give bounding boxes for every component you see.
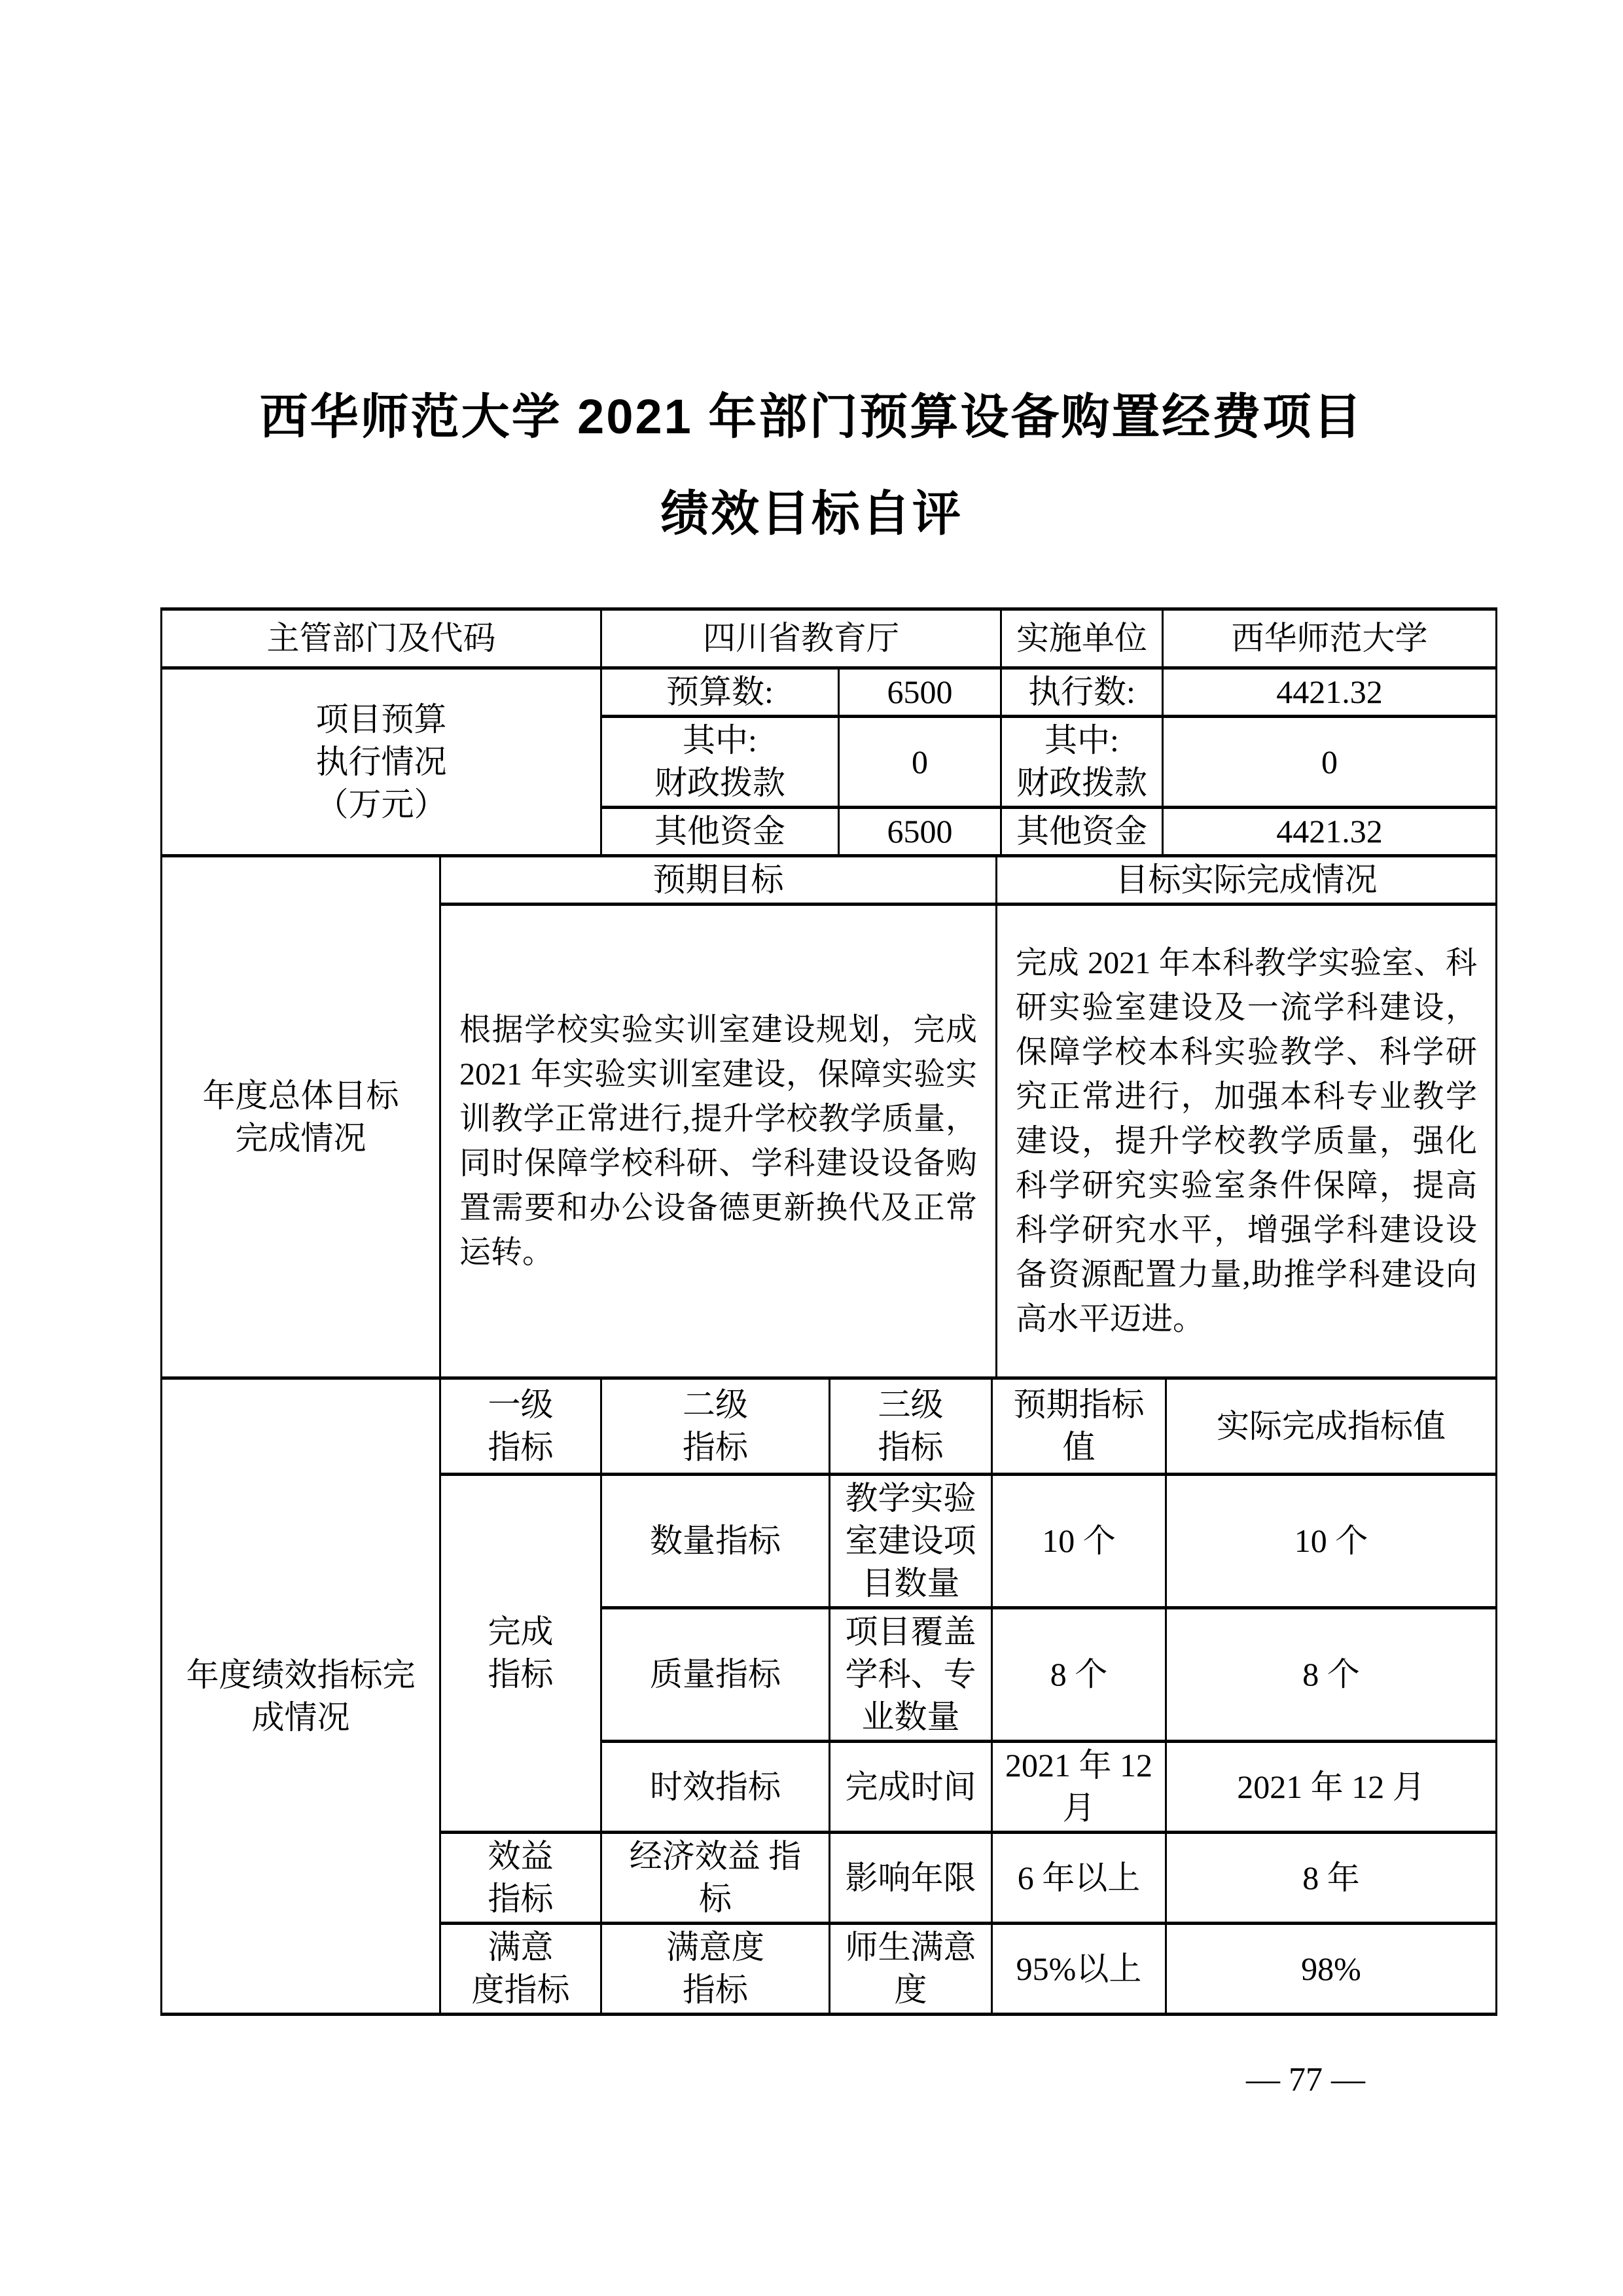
actual-value-cell: 8 个	[1166, 1608, 1497, 1742]
impl-unit-label-cell: 实施单位	[1001, 609, 1163, 668]
impl-unit-value-cell: 西华师范大学	[1163, 609, 1497, 668]
page-number: — 77 —	[1204, 2060, 1407, 2100]
expected-goal-header-cell: 预期目标	[440, 856, 997, 905]
goal-section-label-cell: 年度总体目标 完成情况	[162, 856, 440, 1378]
budget-section-label-cell: 项目预算 执行情况 （万元）	[162, 668, 601, 856]
indicator-section-label-cell: 年度绩效指标完 成情况	[162, 1378, 440, 2015]
expected-value-cell: 6 年以上	[992, 1833, 1166, 1924]
actual-value-cell: 2021 年 12 月	[1166, 1742, 1497, 1833]
level2-indicator-cell: 经济效益 指 标	[601, 1833, 830, 1924]
level1-indicator-cell: 满意 度指标	[440, 1924, 601, 2015]
level3-header-cell: 三级 指标	[830, 1378, 992, 1475]
level3-indicator-cell: 完成时间	[830, 1742, 992, 1833]
budget-value-cell: 6500	[839, 668, 1001, 717]
table-row: 主管部门及代码 四川省教育厅 实施单位 西华师范大学	[162, 609, 1497, 668]
level3-indicator-cell: 师生满意 度	[830, 1924, 992, 2015]
actual-value-cell: 10 个	[1166, 1475, 1497, 1608]
budget-value-cell: 6500	[839, 808, 1001, 856]
dept-value-cell: 四川省教育厅	[601, 609, 1001, 668]
level3-indicator-cell: 教学实验 室建设项 目数量	[830, 1475, 992, 1608]
budget-label-cell: 其他资金	[1001, 808, 1163, 856]
budget-value-cell: 0	[839, 717, 1001, 808]
budget-label-cell: 其中: 财政拨款	[601, 717, 839, 808]
dept-label-cell: 主管部门及代码	[162, 609, 601, 668]
expected-value-header-cell: 预期指标 值	[992, 1378, 1166, 1475]
level1-header-cell: 一级 指标	[440, 1378, 601, 1475]
expected-value-cell: 8 个	[992, 1608, 1166, 1742]
budget-label-cell: 其他资金	[601, 808, 839, 856]
expected-value-cell: 95%以上	[992, 1924, 1166, 2015]
actual-goal-header-cell: 目标实际完成情况	[997, 856, 1497, 905]
budget-value-cell: 0	[1163, 717, 1497, 808]
expected-goal-text-cell: 根据学校实验实训室建设规划，完成 2021 年实验实训室建设，保障实验实训教学正…	[440, 905, 997, 1378]
level2-indicator-cell: 时效指标	[601, 1742, 830, 1833]
expected-value-cell: 2021 年 12 月	[992, 1742, 1166, 1833]
document-page: 西华师范大学 2021 年部门预算设备购置经费项目 绩效目标自评 主管部门及代码…	[0, 0, 1623, 2296]
expected-value-cell: 10 个	[992, 1475, 1166, 1608]
level2-header-cell: 二级 指标	[601, 1378, 830, 1475]
budget-value-cell: 4421.32	[1163, 808, 1497, 856]
table-row: 年度总体目标 完成情况 预期目标 目标实际完成情况	[162, 856, 1497, 905]
actual-value-cell: 98%	[1166, 1924, 1497, 2015]
level2-indicator-cell: 满意度 指标	[601, 1924, 830, 2015]
actual-goal-text-cell: 完成 2021 年本科教学实验室、科研实验室建设及一流学科建设，保障学校本科实验…	[997, 905, 1497, 1378]
budget-label-cell: 预算数:	[601, 668, 839, 717]
table-section-goals: 年度总体目标 完成情况 预期目标 目标实际完成情况 根据学校实验实训室建设规划，…	[160, 854, 1497, 1380]
level2-indicator-cell: 数量指标	[601, 1475, 830, 1608]
level3-indicator-cell: 影响年限	[830, 1833, 992, 1924]
document-title-line2: 绩效目标自评	[0, 486, 1623, 542]
budget-label-cell: 其中: 财政拨款	[1001, 717, 1163, 808]
actual-value-cell: 8 年	[1166, 1833, 1497, 1924]
table-section-indicators: 年度绩效指标完 成情况 一级 指标 二级 指标 三级 指标 预期指标 值 实际完…	[160, 1376, 1497, 2016]
table-section-budget: 主管部门及代码 四川省教育厅 实施单位 西华师范大学 项目预算 执行情况 （万元…	[160, 607, 1497, 857]
level1-indicator-cell: 效益 指标	[440, 1833, 601, 1924]
table-row: 年度绩效指标完 成情况 一级 指标 二级 指标 三级 指标 预期指标 值 实际完…	[162, 1378, 1497, 1475]
budget-value-cell: 4421.32	[1163, 668, 1497, 717]
document-title-line1: 西华师范大学 2021 年部门预算设备购置经费项目	[0, 389, 1623, 445]
table-row: 项目预算 执行情况 （万元） 预算数: 6500 执行数: 4421.32	[162, 668, 1497, 717]
actual-value-header-cell: 实际完成指标值	[1166, 1378, 1497, 1475]
level3-indicator-cell: 项目覆盖 学科、专 业数量	[830, 1608, 992, 1742]
budget-label-cell: 执行数:	[1001, 668, 1163, 717]
level2-indicator-cell: 质量指标	[601, 1608, 830, 1742]
level1-indicator-cell: 完成 指标	[440, 1475, 601, 1833]
main-table: 主管部门及代码 四川省教育厅 实施单位 西华师范大学 项目预算 执行情况 （万元…	[160, 607, 1495, 2016]
